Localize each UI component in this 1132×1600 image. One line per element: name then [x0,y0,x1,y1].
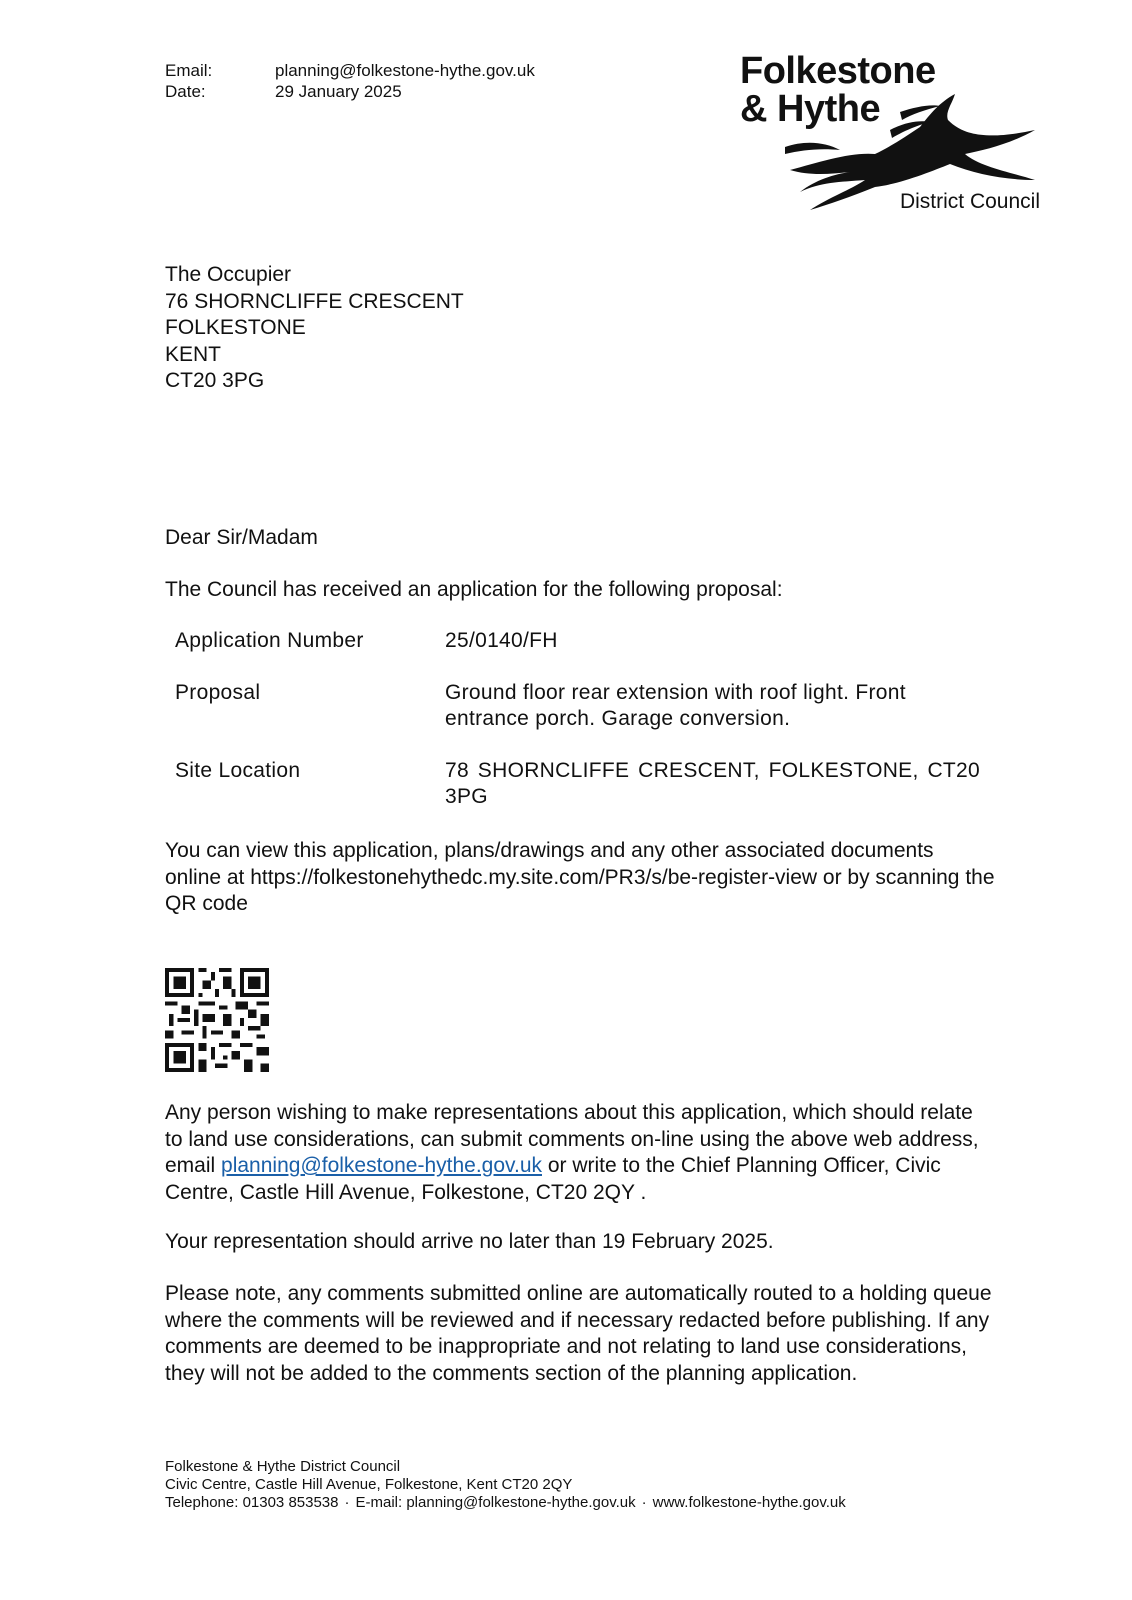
detail-label: Proposal [175,680,445,732]
logo-line-3: District Council [900,190,1040,214]
detail-row-site-location: Site Location 78 SHORNCLIFFE CRESCENT, F… [175,758,980,810]
address-line: CT20 3PG [165,368,464,395]
footer-email: E-mail: planning@folkestone-hythe.gov.uk [356,1494,636,1511]
logo-line-1: Folkestone [740,52,936,90]
letter-footer: Folkestone & Hythe District Council Civi… [165,1458,846,1512]
email-value: planning@folkestone-hythe.gov.uk [275,60,535,81]
detail-label: Application Number [175,628,445,654]
intro-paragraph: The Council has received an application … [165,577,783,604]
footer-website: www.folkestone-hythe.gov.uk [653,1494,846,1511]
salutation: Dear Sir/Madam [165,525,318,552]
footer-separator: · [636,1494,653,1511]
footer-org: Folkestone & Hythe District Council [165,1458,846,1476]
footer-address: Civic Centre, Castle Hill Avenue, Folkes… [165,1476,846,1494]
footer-contact: Telephone: 01303 853538·E-mail: planning… [165,1494,846,1512]
date-label: Date: [165,81,275,102]
footer-separator: · [339,1494,356,1511]
footer-telephone: Telephone: 01303 853538 [165,1494,339,1511]
detail-value: 25/0140/FH [445,628,980,654]
planning-email-link[interactable]: planning@folkestone-hythe.gov.uk [221,1154,542,1177]
representations-paragraph: Any person wishing to make representatio… [165,1100,995,1206]
detail-value: 78 SHORNCLIFFE CRESCENT, FOLKESTONE, CT2… [445,758,980,810]
address-line: FOLKESTONE [165,315,464,342]
view-online-paragraph: You can view this application, plans/dra… [165,838,995,918]
deadline-paragraph: Your representation should arrive no lat… [165,1229,774,1256]
application-details: Application Number 25/0140/FH Proposal G… [175,628,980,836]
council-logo: Folkestone & Hythe District Council [740,52,1040,222]
note-paragraph: Please note, any comments submitted onli… [165,1281,995,1387]
date-value: 29 January 2025 [275,81,402,102]
detail-value: Ground floor rear extension with roof li… [445,680,980,732]
detail-row-application-number: Application Number 25/0140/FH [175,628,980,654]
detail-label: Site Location [175,758,445,810]
address-line: The Occupier [165,262,464,289]
detail-row-proposal: Proposal Ground floor rear extension wit… [175,680,980,732]
address-line: 76 SHORNCLIFFE CRESCENT [165,289,464,316]
date-row: Date: 29 January 2025 [165,81,535,102]
email-label: Email: [165,60,275,81]
email-row: Email: planning@folkestone-hythe.gov.uk [165,60,535,81]
letter-meta: Email: planning@folkestone-hythe.gov.uk … [165,60,535,102]
recipient-address: The Occupier 76 SHORNCLIFFE CRESCENT FOL… [165,262,464,395]
qr-code-icon[interactable] [165,968,269,1072]
address-line: KENT [165,342,464,369]
